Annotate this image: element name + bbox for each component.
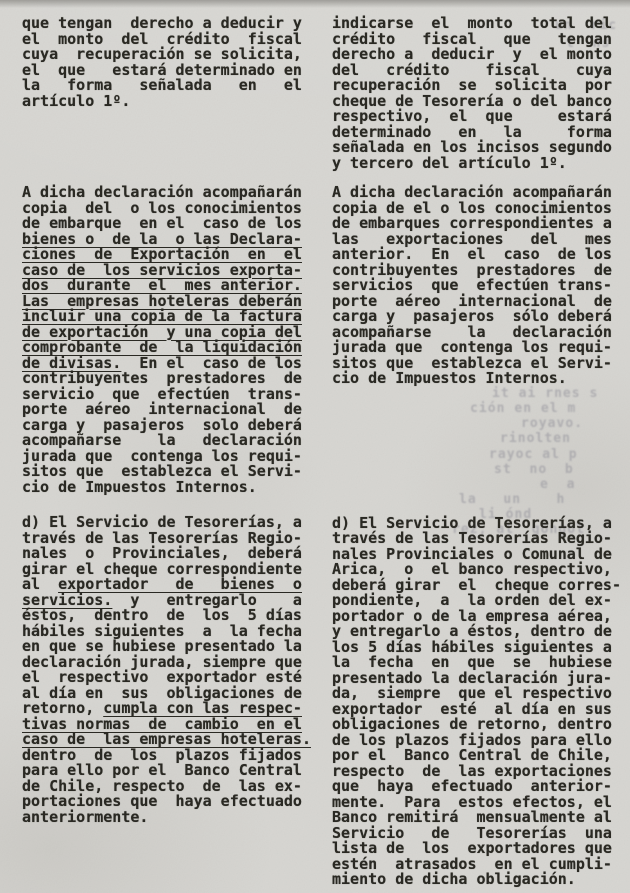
document-text-area: que tengan derecho a deducir yel monto d… [22,16,622,888]
text-line: artículo 1º. [22,94,312,110]
text-segment: cio de Impuestos Internos. [22,478,257,496]
paragraph-right-1: indicarse el monto total delcrédito fisc… [332,16,622,171]
text-line: y tercero del artículo 1º. [332,156,622,172]
left-column: que tengan derecho a deducir yel monto d… [22,16,312,888]
text-line: anteriormente. [22,810,312,826]
right-column: indicarse el monto total delcrédito fisc… [332,16,622,888]
paragraph-left-1: que tengan derecho a deducir yel monto d… [22,16,312,109]
paragraph-right-3: d) El Servicio de Tesorerías, através de… [332,516,622,888]
scan-edge-shadow [0,0,630,8]
text-segment: artículo 1º. [22,92,130,110]
paragraph-left-2: A dicha declaración acompañaráncopia del… [22,185,312,495]
text-segment: miento de dicha obligación. [332,870,576,888]
text-segment: anteriormente. [22,808,148,826]
text-line: miento de dicha obligación. [332,872,622,888]
text-line: cio de Impuestos Internos. [22,480,312,496]
text-segment: y tercero del artículo 1º. [332,154,567,172]
text-line: cio de Impuestos Internos. [332,371,622,387]
paragraph-right-2: A dicha declaración acompañaráncopia de … [332,185,622,387]
paragraph-left-3: d) El Servicio de Tesorerías, através de… [22,515,312,825]
text-segment: cio de Impuestos Internos. [332,369,567,387]
